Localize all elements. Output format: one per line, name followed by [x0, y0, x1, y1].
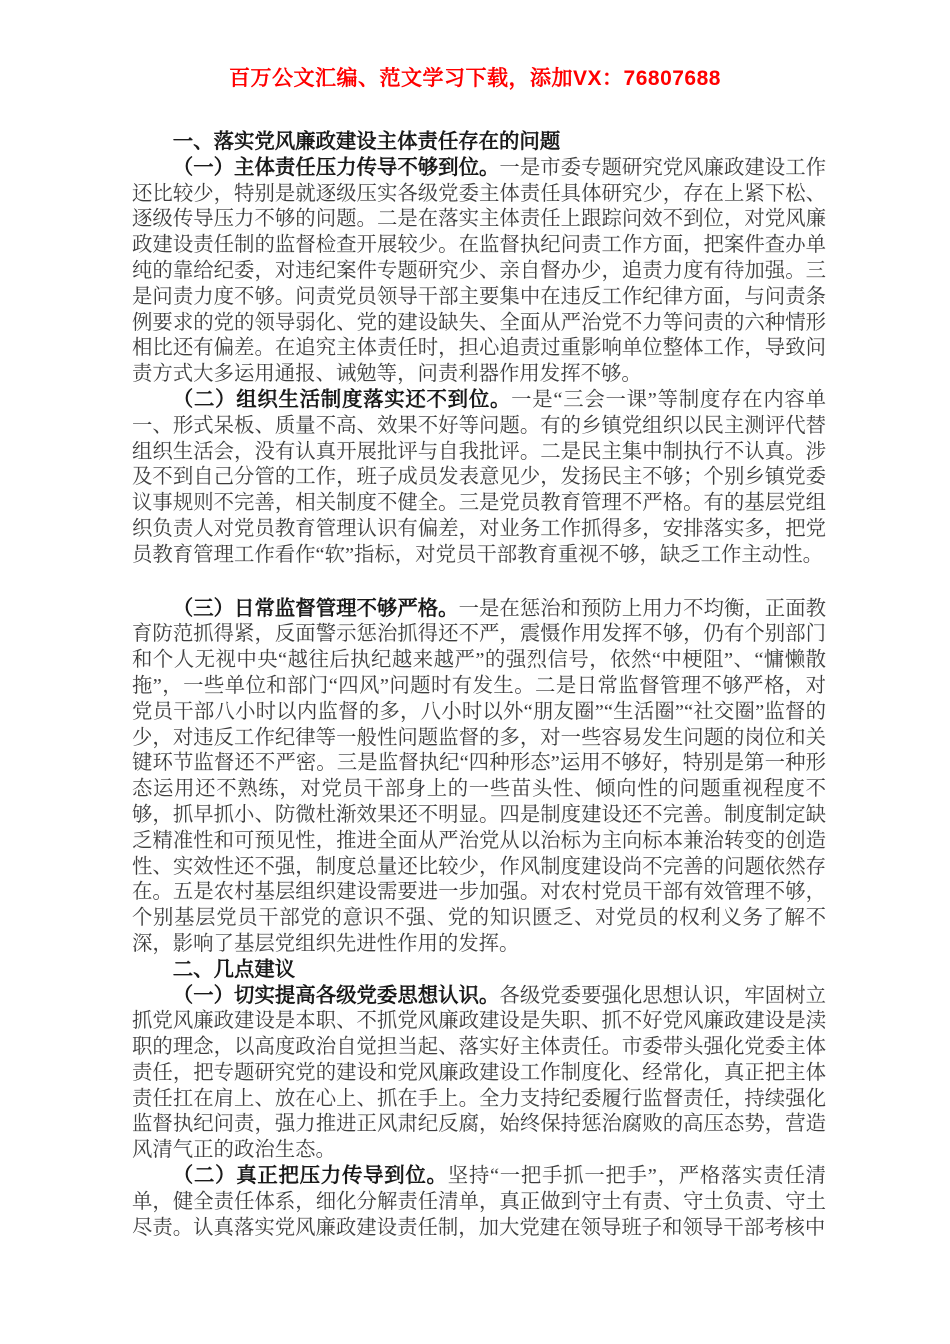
section-1-paragraph-2: （二）组织生活制度落实还不到位。一是“三会一课”等制度存在内容单一、形式呆板、质… [132, 388, 826, 569]
paragraph-5-lead: （二）真正把压力传导到位。 [173, 1165, 448, 1187]
section-2-heading: 二、几点建议 [132, 958, 826, 984]
section-1-paragraph-1: （一）主体责任压力传导不够到位。一是市委专题研究党风廉政建设工作还比较少，特别是… [132, 156, 826, 388]
document-body: 一、落实党风廉政建设主体责任存在的问题 （一）主体责任压力传导不够到位。一是市委… [132, 130, 826, 1241]
section-1-paragraph-3: （三）日常监督管理不够严格。一是在惩治和预防上用力不均衡，正面教育防范抓得紧，反… [132, 597, 826, 958]
paragraph-1-body: 一是市委专题研究党风廉政建设工作还比较少，特别是就逐级压实各级党委主体责任具体研… [132, 157, 826, 385]
section-2-paragraph-1: （一）切实提高各级党委思想认识。各级党委要强化思想认识，牢固树立抓党风廉政建设是… [132, 984, 826, 1165]
paragraph-4-lead: （一）切实提高各级党委思想认识。 [173, 985, 500, 1007]
paragraph-4-body: 各级党委要强化思想认识，牢固树立抓党风廉政建设是本职、不抓党风廉政建设是失职、抓… [132, 985, 826, 1162]
section-2-paragraph-2: （二）真正把压力传导到位。坚持“一把手抓一把手”，严格落实责任清单，健全责任体系… [132, 1164, 826, 1241]
paragraph-2-body: 一是“三会一课”等制度存在内容单一、形式呆板、质量不高、效果不好等问题。有的乡镇… [132, 389, 826, 566]
paragraph-1-lead: （一）主体责任压力传导不够到位。 [173, 157, 500, 179]
paragraph-3-lead: （三）日常监督管理不够严格。 [173, 598, 459, 620]
paragraph-2-lead: （二）组织生活制度落实还不到位。 [173, 389, 511, 411]
document-page: 百万公文汇编、范文学习下载，添加VX：76807688 一、落实党风廉政建设主体… [0, 0, 950, 1344]
promo-header-text: 百万公文汇编、范文学习下载，添加VX：76807688 [0, 0, 950, 94]
paragraph-3-body: 一是在惩治和预防上用力不均衡，正面教育防范抓得紧，反面警示惩治抓得还不严，震慑作… [132, 598, 826, 955]
section-1-heading: 一、落实党风廉政建设主体责任存在的问题 [132, 130, 826, 156]
